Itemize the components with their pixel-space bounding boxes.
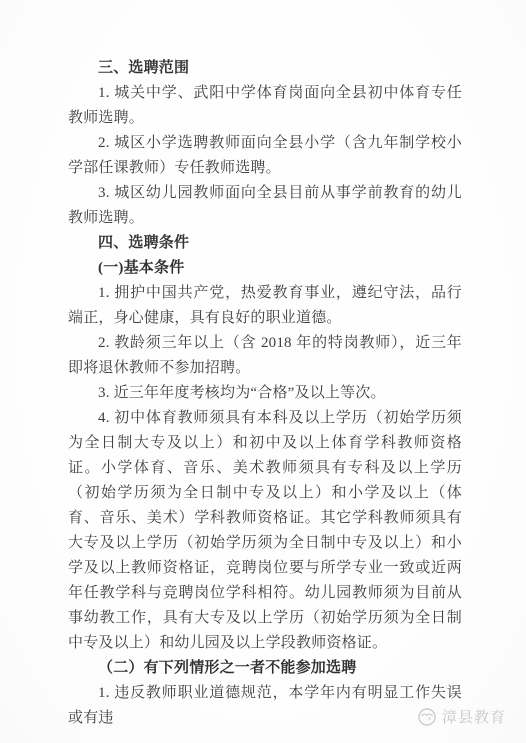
- para-scope-item-1: 1. 城关中学、武阳中学体育岗面向全县初中体育专任教师选聘。: [68, 81, 462, 131]
- para-condition-2: 2. 教龄须三年以上（含 2018 年的特岗教师），近三年即将退休教师不参加招聘…: [68, 331, 462, 381]
- publisher-watermark: 漳县教育: [418, 706, 506, 727]
- para-scope-item-3: 3. 城区幼儿园教师面向全县目前从事学前教育的幼儿教师选聘。: [68, 181, 462, 231]
- zhangxian-education-logo-icon: [418, 708, 436, 726]
- para-condition-3: 3. 近三年年度考核均为“合格”及以上等次。: [68, 381, 462, 406]
- heading-selection-conditions: 四、选聘条件: [68, 231, 462, 256]
- heading-selection-scope: 三、选聘范围: [68, 56, 462, 81]
- subheading-exclusion-cases: （二）有下列情形之一者不能参加选聘: [68, 656, 462, 681]
- scanned-document-page: 三、选聘范围 1. 城关中学、武阳中学体育岗面向全县初中体育专任教师选聘。 2.…: [0, 0, 526, 743]
- document-body: 三、选聘范围 1. 城关中学、武阳中学体育岗面向全县初中体育专任教师选聘。 2.…: [68, 56, 462, 731]
- watermark-label: 漳县教育: [442, 706, 506, 727]
- para-scope-item-2: 2. 城区小学选聘教师面向全县小学（含九年制学校小学部任课教师）专任教师选聘。: [68, 131, 462, 181]
- para-condition-4: 4. 初中体育教师须具有本科及以上学历（初始学历须为全日制大专及以上）和初中及以…: [68, 406, 462, 656]
- para-condition-1: 1. 拥护中国共产党，热爱教育事业，遵纪守法，品行端正，身心健康，具有良好的职业…: [68, 281, 462, 331]
- subheading-basic-conditions: (一)基本条件: [68, 256, 462, 281]
- para-exclusion-1: 1. 违反教师职业道德规范，本学年内有明显工作失误或有违: [68, 681, 462, 731]
